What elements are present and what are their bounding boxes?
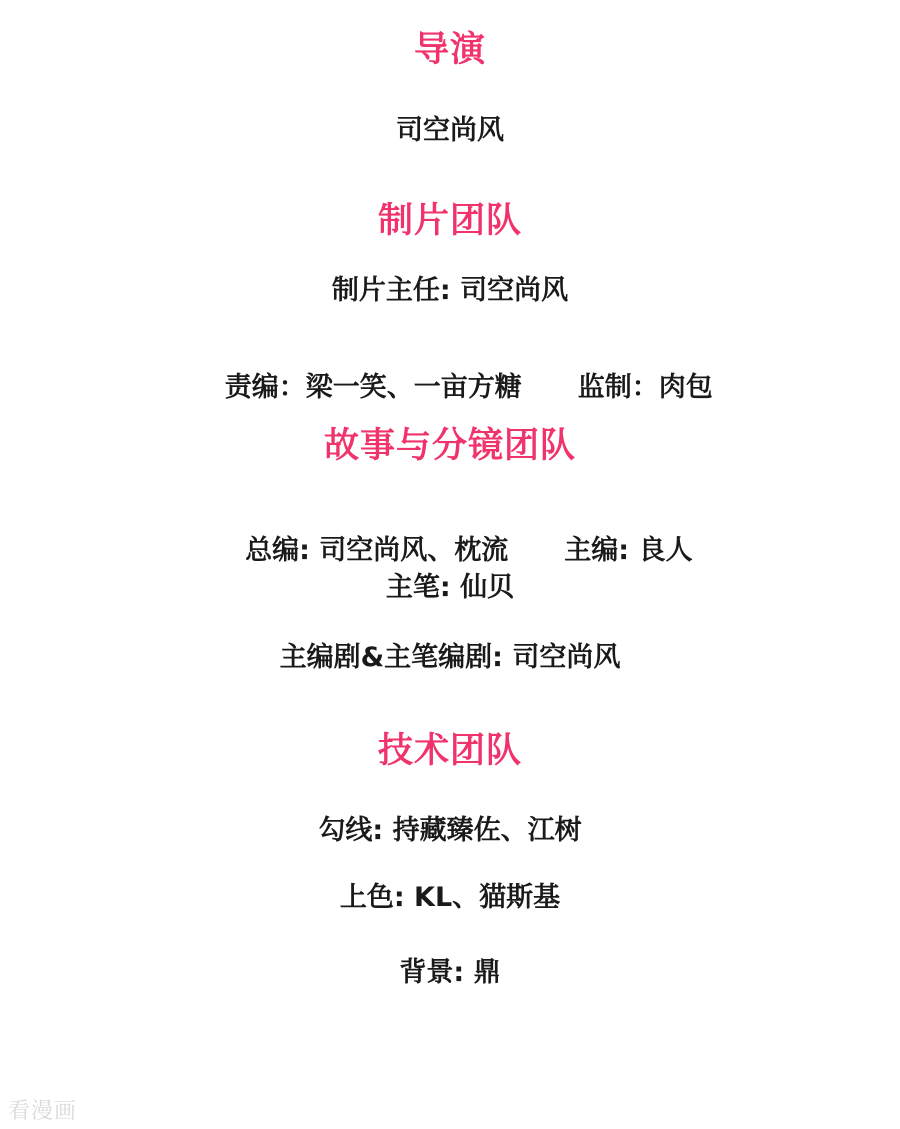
lead-screenwriter-credit: 主编剧&主笔编剧: 司空尚风 — [0, 635, 900, 674]
section-heading-director: 导演 — [0, 22, 900, 72]
production-manager-credit: 制片主任: 司空尚风 — [0, 268, 900, 307]
lead-artist-credit: 主笔: 仙贝 — [0, 565, 900, 604]
lead-editor-credit: 主编: 良人 — [564, 535, 692, 566]
coloring-credit: 上色: KL、猫斯基 — [0, 875, 900, 914]
section-heading-production-team: 制片团队 — [0, 193, 900, 243]
section-heading-story-storyboard-team: 故事与分镜团队 — [0, 418, 900, 468]
background-credit: 背景: 鼎 — [0, 950, 900, 989]
editor-credit: 责编：梁一笑、一亩方糖 — [225, 372, 522, 403]
supervisor-credit: 监制：肉包 — [578, 372, 713, 403]
lineart-credit: 勾线: 持藏臻佐、江树 — [0, 808, 900, 847]
director-name: 司空尚风 — [0, 108, 900, 147]
chief-editor-credit: 总编: 司空尚风、枕流 — [245, 535, 508, 566]
section-heading-technical-team: 技术团队 — [0, 723, 900, 773]
watermark-logo: 看漫画 — [8, 1094, 77, 1125]
